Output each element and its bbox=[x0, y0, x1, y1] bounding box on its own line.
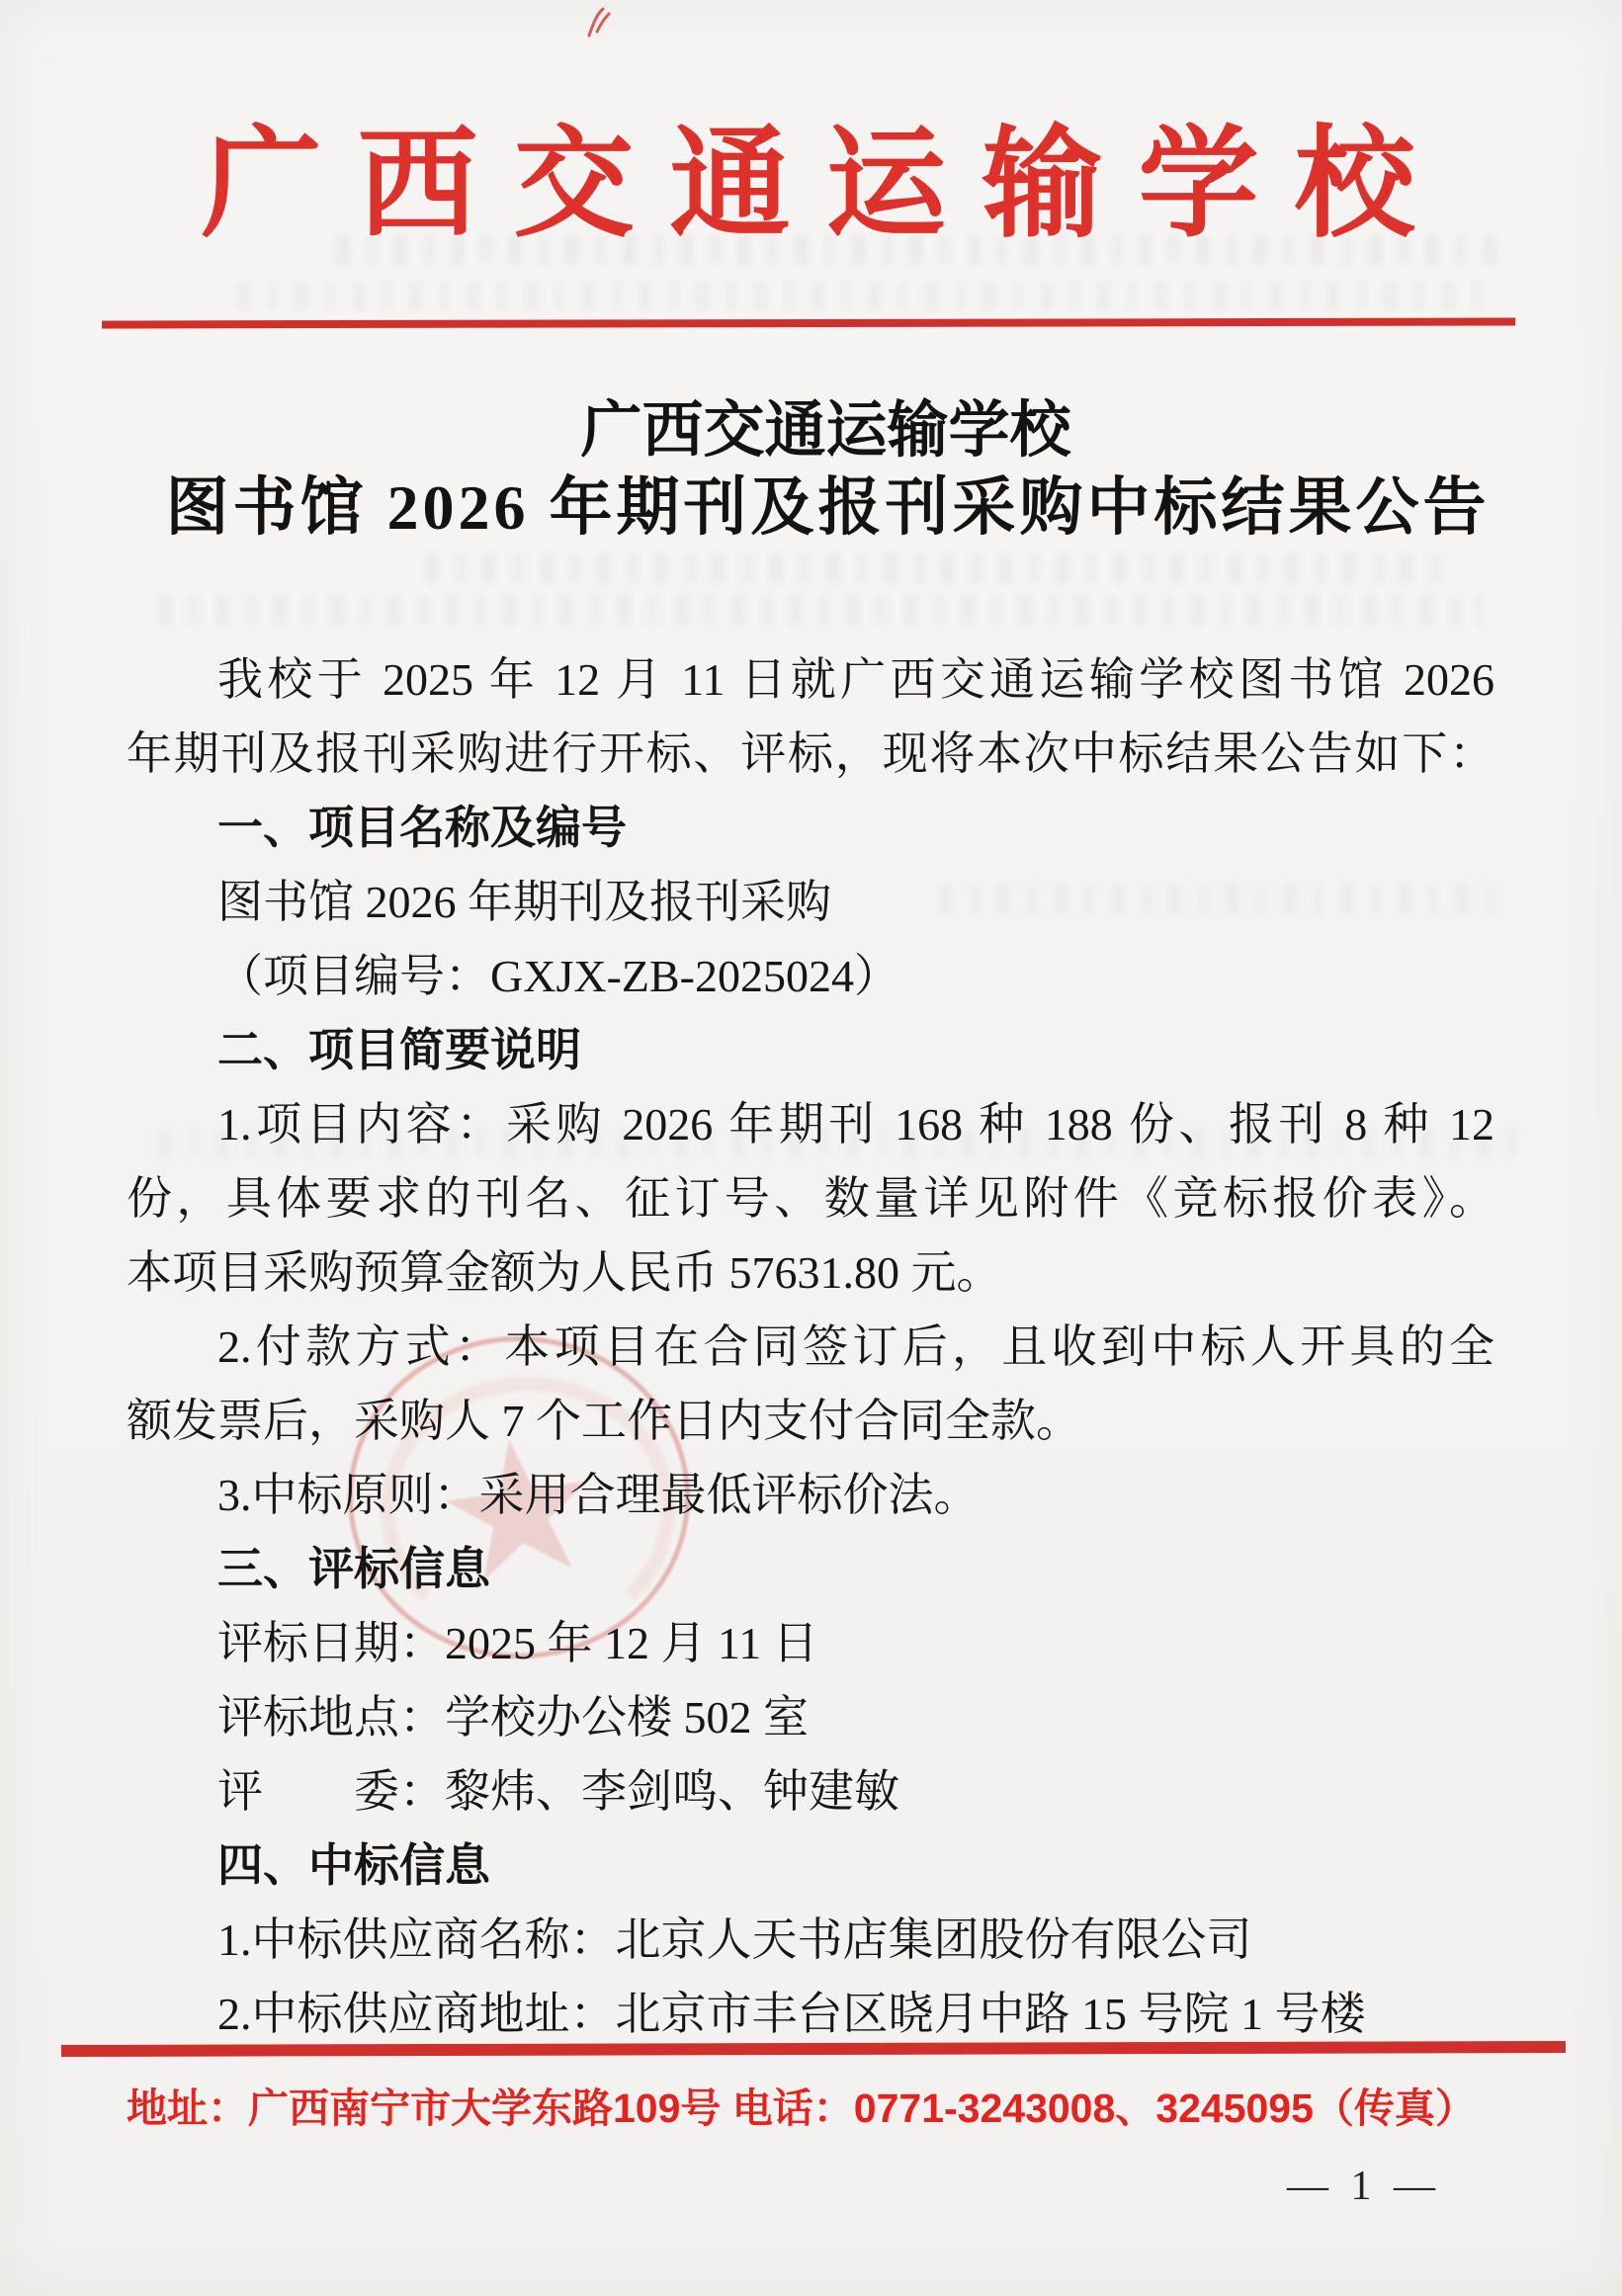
body-line: 2.付款方式：本项目在合同签订后，且收到中标人开具的全 bbox=[127, 1310, 1494, 1384]
footer-contact: 地址：广西南宁市大学东路109号 电话：0771-3243008、3245095… bbox=[127, 2076, 1476, 2134]
body-line: 评 委：黎炜、李剑鸣、钟建敏 bbox=[127, 1754, 1494, 1828]
page-number: — 1 — bbox=[1287, 2163, 1441, 2210]
bleedthrough-smudge bbox=[158, 595, 1483, 625]
letterhead-rule bbox=[102, 318, 1515, 329]
section-heading: 一、项目名称及编号 bbox=[127, 791, 1494, 865]
body-line: 2.中标供应商地址：北京市丰台区晓月中路 15 号院 1 号楼 bbox=[127, 1977, 1494, 2051]
section-heading: 四、中标信息 bbox=[127, 1828, 1494, 1903]
body-line: 3.中标原则：采用合理最低评标价法。 bbox=[127, 1458, 1494, 1532]
body-line: 本项目采购预算金额为人民币 57631.80 元。 bbox=[127, 1235, 1494, 1310]
body-line: 评标地点：学校办公楼 502 室 bbox=[127, 1680, 1494, 1754]
body-line: 1.中标供应商名称：北京人天书店集团股份有限公司 bbox=[127, 1903, 1494, 1977]
body-line: （项目编号：GXJX-ZB-2025024） bbox=[127, 939, 1494, 1013]
doc-title-line1: 广西交通运输学校 bbox=[0, 381, 1622, 468]
body-line: 年期刊及报刊采购进行开标、评标，现将本次中标结果公告如下： bbox=[127, 717, 1494, 791]
bleedthrough-smudge bbox=[237, 281, 1493, 310]
document-page: 广西交通运输学校 广西交通运输学校 图书馆 2026 年期刊及报刊采购中标结果公… bbox=[0, 0, 1622, 2296]
body-line: 评标日期：2025 年 12 月 11 日 bbox=[127, 1606, 1494, 1680]
section-heading: 三、评标信息 bbox=[127, 1532, 1494, 1606]
body-line: 1.项目内容：采购 2026 年期刊 168 种 188 份、报刊 8 种 12 bbox=[127, 1087, 1494, 1161]
scan-artifact-mark bbox=[583, 6, 613, 40]
doc-title-line2: 图书馆 2026 年期刊及报刊采购中标结果公告 bbox=[0, 457, 1622, 548]
body-line: 份，具体要求的刊名、征订号、数量详见附件《竞标报价表》。 bbox=[127, 1161, 1494, 1235]
body-line: 我校于 2025 年 12 月 11 日就广西交通运输学校图书馆 2026 bbox=[127, 642, 1494, 717]
letterhead-school-name: 广西交通运输学校 bbox=[0, 87, 1622, 260]
document-body: 我校于 2025 年 12 月 11 日就广西交通运输学校图书馆 2026 年期… bbox=[127, 642, 1494, 2051]
bleedthrough-smudge bbox=[425, 553, 1453, 583]
section-heading: 二、项目简要说明 bbox=[127, 1013, 1494, 1087]
body-line: 图书馆 2026 年期刊及报刊采购 bbox=[127, 865, 1494, 939]
body-line: 额发票后，采购人 7 个工作日内支付合同全款。 bbox=[127, 1384, 1494, 1458]
